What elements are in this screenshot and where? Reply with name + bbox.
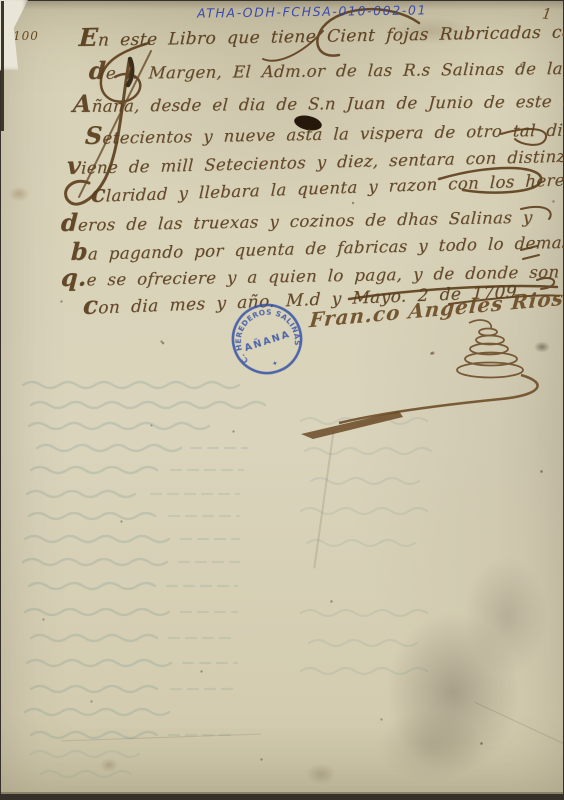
manuscript-line: En este Libro que tiene Cient fojas Rubr… (78, 12, 564, 52)
stamp-center-text: AÑANA (243, 329, 292, 354)
margin-number: 100 (13, 29, 39, 43)
stamp-bottom-mark: ✦ (271, 359, 279, 368)
signature-rubric (339, 320, 538, 423)
manuscript-page-scan: ATHA-ODH-FCHSA-010-002-01 1 100 En este … (0, 0, 564, 800)
crease-line (61, 734, 261, 742)
paper-sheet: ATHA-ODH-FCHSA-010-002-01 1 100 En este … (1, 1, 563, 794)
crease-line (474, 702, 564, 754)
manuscript-line: Añana, desde el dia de S.n Juan de Junio… (72, 84, 564, 118)
crease-line (313, 430, 334, 569)
page-edge-shadow (1, 1, 4, 131)
manuscript-line: de l. Margen, El Adm.or de las R.s Salin… (88, 51, 564, 85)
